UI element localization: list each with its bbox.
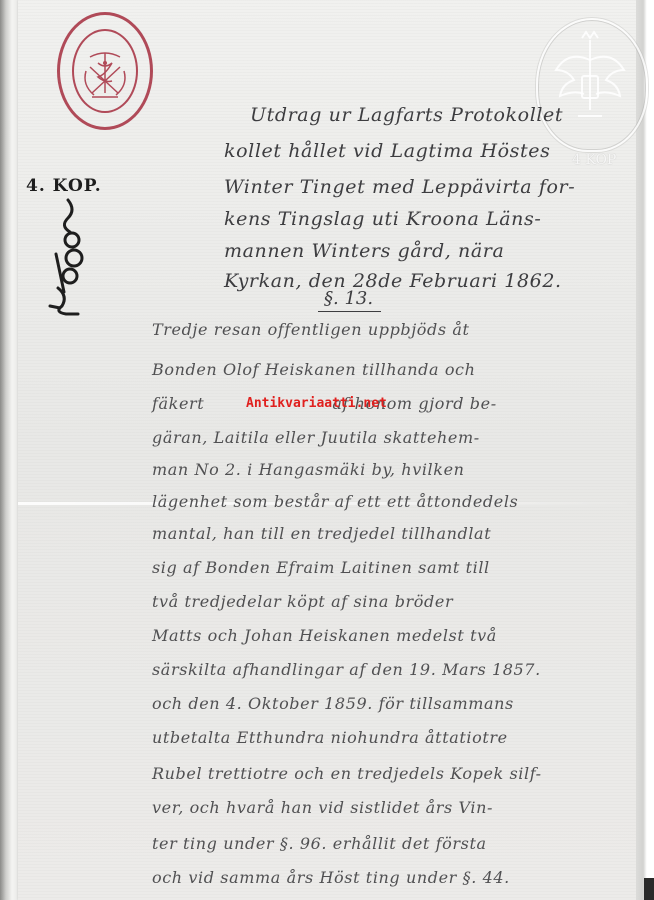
heading-line: Kyrkan, den 28de Februari 1862. xyxy=(224,270,562,292)
stamp-signature-icon xyxy=(38,196,94,320)
heading-line: kens Tingslag uti Kroona Läns- xyxy=(224,208,541,230)
body-line: ter ting under §. 96. erhållit det först… xyxy=(152,834,487,853)
heading-line: kollet hållet vid Lagtima Höstes xyxy=(224,140,550,162)
body-line: Matts och Johan Heiskanen medelst två xyxy=(152,626,497,645)
eagle-emblem-icon xyxy=(538,20,642,146)
embossed-eagle-seal xyxy=(536,18,648,152)
red-oval-seal xyxy=(57,12,153,130)
body-line: två tredjedelar köpt af sina bröder xyxy=(152,592,453,611)
stamp-denomination: 4. KOP. xyxy=(26,176,102,196)
watermark-link: Antikvariaatti.net xyxy=(246,396,387,411)
body-line: sig af Bonden Efraim Laitinen samt till xyxy=(152,558,490,577)
body-line: man No 2. i Hangasmäki by, hvilken xyxy=(152,460,465,479)
body-line: och den 4. Oktober 1859. för tillsammans xyxy=(152,694,514,713)
body-line-start: fäkert xyxy=(152,394,204,413)
body-line: Tredje resan offentligen uppbjöds åt xyxy=(152,320,470,339)
body-line: Rubel trettiotre och en tredjedels Kopek… xyxy=(152,764,542,783)
body-line: utbetalta Etthundra niohundra åttatiotre xyxy=(152,728,508,747)
caduceus-emblem-icon xyxy=(60,15,150,127)
heading-line: Winter Tinget med Leppävirta for- xyxy=(224,176,575,198)
body-line: gäran, Laitila eller Juutila skattehem- xyxy=(152,428,480,447)
body-line: särskilta afhandlingar af den 19. Mars 1… xyxy=(152,660,541,679)
scan-corner xyxy=(644,878,654,900)
body-line: Bonden Olof Heiskanen tillhanda och xyxy=(152,360,476,379)
heading-line: mannen Winters gård, nära xyxy=(224,240,504,262)
heading-line: Utdrag ur Lagfarts Protokollet xyxy=(250,104,563,126)
body-line: ver, och hvarå han vid sistlidet års Vin… xyxy=(152,798,493,817)
body-line: mantal, han till en tredjedel tillhandla… xyxy=(152,524,491,543)
paragraph-reference: §. 13. xyxy=(318,288,381,312)
body-line: lägenhet som består af ett ett åttondede… xyxy=(152,492,518,511)
body-line: och vid samma års Höst ting under §. 44. xyxy=(152,868,510,887)
embossed-seal-denomination: 4 KOP xyxy=(572,152,616,168)
